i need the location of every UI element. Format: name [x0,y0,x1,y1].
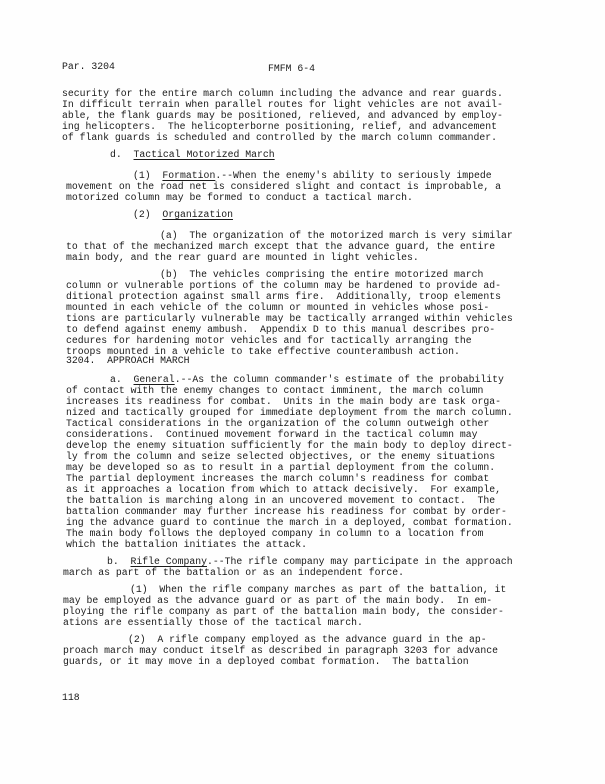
text-line: ditional protection against small arms f… [66,291,501,302]
text-line: of contact with the enemy changes to con… [66,385,483,396]
text-line: develop the enemy situation sufficiently… [66,440,513,451]
line-text: to defend against enemy ambush. Appendix… [66,324,495,335]
line-text: as it approaches a location from which t… [66,484,501,495]
underlined-heading: General [134,374,175,385]
line-text: 3204. APPROACH MARCH [66,355,189,366]
line-text: (b) The vehicles comprising the entire m… [160,269,483,280]
line-text: Tactical considerations in the organizat… [66,418,489,429]
text-line: mounted in each vehicle of the column or… [66,302,489,313]
line-text: movement on the road net is considered s… [66,181,501,192]
underlined-heading: Formation [162,170,215,181]
text-line: (a) The organization of the motorized ma… [160,230,513,241]
line-text: may be employed as the advance guard or … [63,595,492,606]
text-line: the battalion is marching along in an un… [66,495,495,506]
line-text: develop the enemy situation sufficiently… [66,440,513,451]
line-text: which the battalion initiates the attack… [66,539,307,550]
text-line: may be developed so as to result in a pa… [66,462,495,473]
text-line: column or vulnerable portions of the col… [66,280,501,291]
text-line: may be employed as the advance guard or … [63,595,492,606]
text-line: ly from the column and seize selected ob… [66,451,495,462]
text-line: ploying the rifle company as part of the… [63,606,504,617]
line-text: considerations. Continued movement forwa… [66,429,478,440]
text-line: ations are essentially those of the tact… [63,617,363,628]
text-line: considerations. Continued movement forwa… [66,429,478,440]
line-text: tions are particularly vulnerable may be… [66,313,513,324]
line-text: mounted in each vehicle of the column or… [66,302,489,313]
item-marker: (2) [133,209,162,220]
text-line: increases its readiness for combat. Unit… [66,396,501,407]
text-line: (b) The vehicles comprising the entire m… [160,269,483,280]
item-marker: d. [110,149,134,160]
item-marker: b. [107,556,131,567]
text-line: main body, and the rear guard are mounte… [66,252,419,263]
page-number: 118 [62,692,80,703]
line-text: ly from the column and seize selected ob… [66,451,495,462]
line-text: motorized column may be formed to conduc… [66,192,413,203]
underlined-heading: Tactical Motorized March [134,149,275,160]
line-text: main body, and the rear guard are mounte… [66,252,419,263]
text-line: ing the advance guard to continue the ma… [66,517,513,528]
text-line: The main body follows the deployed compa… [66,528,483,539]
line-text: .--The rifle company may participate in … [207,556,513,567]
line-text: The partial deployment increases the mar… [66,473,489,484]
line-text: .--As the column commander's estimate of… [175,374,504,385]
underlined-heading: Organization [162,209,233,220]
line-text: able, the flank guards may be positioned… [62,110,503,121]
section-heading-line: d. Tactical Motorized March [110,149,275,160]
section-heading-line: (2) Organization [133,209,233,220]
text-line: ing helicopters. The helicopterborne pos… [62,121,497,132]
text-line: (2) A rifle company employed as the adva… [128,634,487,645]
line-text: (2) A rifle company employed as the adva… [128,634,487,645]
text-line: able, the flank guards may be positioned… [62,110,503,121]
line-text: ditional protection against small arms f… [66,291,501,302]
text-line: as it approaches a location from which t… [66,484,501,495]
item-marker: (1) [133,170,162,181]
line-text: ing the advance guard to continue the ma… [66,517,513,528]
section-heading-line: b. Rifle Company.--The rifle company may… [107,556,513,567]
section-heading-line: a. General.--As the column commander's e… [110,374,504,385]
paragraph-reference: Par. 3204 [62,61,115,72]
line-text: march as part of the battalion or as an … [63,567,404,578]
text-line: motorized column may be formed to conduc… [66,192,413,203]
line-text: The main body follows the deployed compa… [66,528,483,539]
line-text: battalion commander may further increase… [66,506,507,517]
text-line: nized and tactically grouped for immedia… [66,407,513,418]
line-text: (a) The organization of the motorized ma… [160,230,513,241]
line-text: the battalion is marching along in an un… [66,495,495,506]
line-text: In difficult terrain when parallel route… [62,99,503,110]
text-line: security for the entire march column inc… [62,88,503,99]
line-text: column or vulnerable portions of the col… [66,280,501,291]
line-text: of flank guards is scheduled and control… [62,132,497,143]
line-text: cedures for hardening motor vehicles and… [66,335,472,346]
line-text: .--When the enemy's ability to seriously… [215,170,491,181]
line-text: increases its readiness for combat. Unit… [66,396,501,407]
text-line: which the battalion initiates the attack… [66,539,307,550]
line-text: may be developed so as to result in a pa… [66,462,495,473]
text-line: proach march may conduct itself as descr… [63,645,498,656]
text-line: cedures for hardening motor vehicles and… [66,335,472,346]
line-text: nized and tactically grouped for immedia… [66,407,513,418]
text-line: march as part of the battalion or as an … [63,567,404,578]
item-marker: a. [110,374,134,385]
line-text: ations are essentially those of the tact… [63,617,363,628]
line-text: ing helicopters. The helicopterborne pos… [62,121,497,132]
text-line: movement on the road net is considered s… [66,181,501,192]
line-text: of contact with the enemy changes to con… [66,385,483,396]
text-line: Tactical considerations in the organizat… [66,418,489,429]
line-text: security for the entire march column inc… [62,88,503,99]
text-line: battalion commander may further increase… [66,506,507,517]
line-text: proach march may conduct itself as descr… [63,645,498,656]
document-id: FMFM 6-4 [268,63,315,74]
text-line: to defend against enemy ambush. Appendix… [66,324,495,335]
text-line: 3204. APPROACH MARCH [66,355,189,366]
text-line: guards, or it may move in a deployed com… [63,656,469,667]
text-line: (1) When the rifle company marches as pa… [130,584,506,595]
line-text: (1) When the rifle company marches as pa… [130,584,506,595]
text-line: of flank guards is scheduled and control… [62,132,497,143]
document-page: Par. 3204 FMFM 6-4 security for the enti… [0,0,605,784]
text-line: to that of the mechanized march except t… [66,241,495,252]
section-heading-line: (1) Formation.--When the enemy's ability… [133,170,492,181]
line-text: to that of the mechanized march except t… [66,241,495,252]
text-line: tions are particularly vulnerable may be… [66,313,513,324]
text-line: In difficult terrain when parallel route… [62,99,503,110]
line-text: guards, or it may move in a deployed com… [63,656,469,667]
underlined-heading: Rifle Company [131,556,207,567]
text-line: The partial deployment increases the mar… [66,473,489,484]
line-text: ploying the rifle company as part of the… [63,606,504,617]
